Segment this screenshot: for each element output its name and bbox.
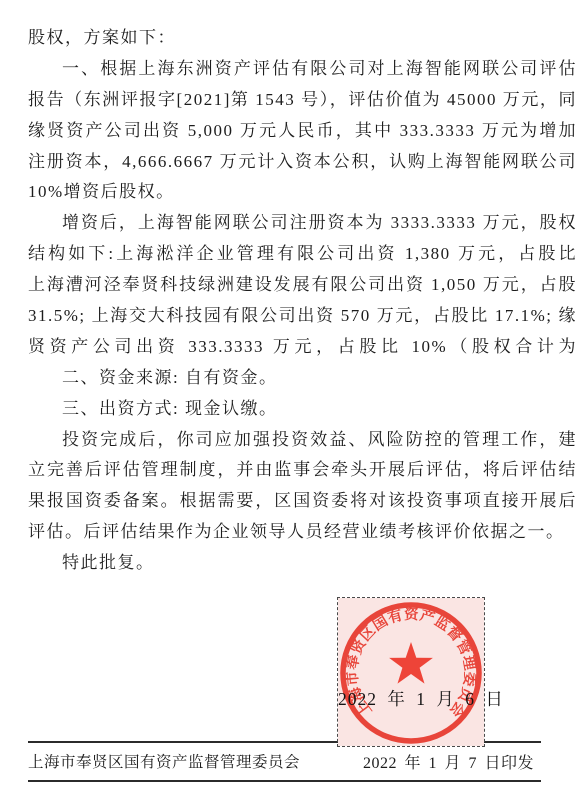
text-line-content: 二、资金来源: 自有资金。 <box>62 368 277 387</box>
text-line-content: 股权，方案如下： <box>28 28 176 47</box>
text-line-content: 增资后，上海智能网联公司注册资本为 3333.3333 万元，股权 <box>62 213 577 232</box>
text-line-content: 上海漕河泾奉贤科技绿洲建设发展有限公司出资 1,050 万元，占股比 <box>28 275 577 301</box>
text-line: 一、根据上海东洲资产评估有限公司对上海智能网联公司评估 <box>28 54 577 85</box>
text-line-content: 评估。后评估结果作为企业领导人员经营业绩考核评价依据之一。 <box>28 522 565 541</box>
text-line: 结构如下:上海淞洋企业管理有限公司出资 1,380 万元，占股比 41.4%; <box>28 239 577 270</box>
text-line: 果报国资委备案。根据需要，区国资委将对该投资事项直接开展后 <box>28 486 577 517</box>
official-seal[interactable]: 上海市奉贤区国有资产监督管理委员会 <box>337 597 485 747</box>
text-line-content: 一、根据上海东洲资产评估有限公司对上海智能网联公司评估 <box>62 59 577 78</box>
text-line: 缘贤资产公司出资 5,000 万元人民币，其中 333.3333 万元为增加的 <box>28 116 577 147</box>
text-line-content: 缘贤资产公司出资 5,000 万元人民币，其中 333.3333 万元为增加的 <box>28 121 577 147</box>
text-line-content: 注册资本，4,666.6667 万元计入资本公积，认购上海智能网联公司 <box>28 152 577 171</box>
footer-rule-bottom <box>28 780 541 782</box>
text-line-content: 三、出资方式: 现金认缴。 <box>62 399 277 418</box>
text-line: 二、资金来源: 自有资金。 <box>28 363 577 394</box>
text-line: 31.5%; 上海交大科技园有限公司出资 570 万元，占股比 17.1%; 缘 <box>28 301 577 332</box>
text-line: 增资后，上海智能网联公司注册资本为 3333.3333 万元，股权 <box>28 208 577 239</box>
text-line: 上海漕河泾奉贤科技绿洲建设发展有限公司出资 1,050 万元，占股比 <box>28 270 577 301</box>
footer-issuer: 上海市奉贤区国有资产监督管理委员会 <box>28 750 300 772</box>
text-line: 立完善后评估管理制度，并由监事会牵头开展后评估，将后评估结 <box>28 455 577 486</box>
document-page: 股权，方案如下：一、根据上海东洲资产评估有限公司对上海智能网联公司评估报告（东洲… <box>0 0 582 795</box>
text-line-content: 31.5%; 上海交大科技园有限公司出资 570 万元，占股比 17.1%; 缘 <box>28 306 577 325</box>
text-line: 投资完成后，你司应加强投资效益、风险防控的管理工作，建 <box>28 425 577 456</box>
text-line: 评估。后评估结果作为企业领导人员经营业绩考核评价依据之一。 <box>28 517 577 548</box>
text-line-content: 10%增资后股权。 <box>28 182 175 201</box>
text-line: 10%增资后股权。 <box>28 177 577 208</box>
text-line: 特此批复。 <box>28 548 577 579</box>
text-line-content: 投资完成后，你司应加强投资效益、风险防控的管理工作，建 <box>62 430 577 449</box>
text-line: 报告（东洲评报字[2021]第 1543 号），评估价值为 45000 万元，同… <box>28 85 577 116</box>
text-line: 注册资本，4,666.6667 万元计入资本公积，认购上海智能网联公司 <box>28 147 577 178</box>
text-line-content: 立完善后评估管理制度，并由监事会牵头开展后评估，将后评估结 <box>28 460 577 479</box>
text-line-content: 报告（东洲评报字[2021]第 1543 号），评估价值为 45000 万元，同… <box>28 90 577 116</box>
body-text: 股权，方案如下：一、根据上海东洲资产评估有限公司对上海智能网联公司评估报告（东洲… <box>28 23 577 579</box>
text-line: 股权，方案如下： <box>28 23 577 54</box>
text-line-content: 果报国资委备案。根据需要，区国资委将对该投资事项直接开展后 <box>28 491 577 510</box>
text-line-content: 结构如下:上海淞洋企业管理有限公司出资 1,380 万元，占股比 41.4%; <box>28 244 577 270</box>
text-line-content: 贤资产公司出资 333.3333 万元，占股比 10%（股权合计为 100％）。 <box>28 337 577 363</box>
text-line-content: 特此批复。 <box>62 553 155 572</box>
text-line: 三、出资方式: 现金认缴。 <box>28 394 577 425</box>
seal-date: 2022 年 1 月 6 日 <box>338 686 470 711</box>
footer-print-date: 2022 年 1 月 7 日印发 <box>363 750 534 773</box>
text-line: 贤资产公司出资 333.3333 万元，占股比 10%（股权合计为 100％）。 <box>28 332 577 363</box>
